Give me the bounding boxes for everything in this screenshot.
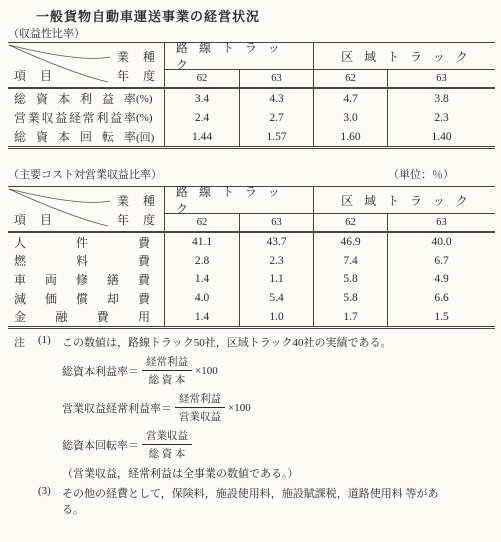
cell-value: 2.8 [165, 252, 240, 271]
year-label: 年度 [117, 67, 155, 84]
cell-value: 2.3 [240, 252, 314, 271]
item-label: 項目 [14, 211, 52, 228]
row-label-unit: (%) [136, 93, 153, 105]
cell-value: 1.44 [165, 127, 240, 146]
year-label: 年度 [117, 211, 155, 228]
cost-table: 業種 年度 項目 路線トラック 区域トラック 62 63 62 63 人件費 4… [8, 186, 495, 329]
cell-value: 1.7 [314, 307, 388, 326]
column-group-route-truck: 路線トラック [165, 187, 314, 214]
cell-value: 4.7 [314, 89, 388, 108]
formula-parenthetical-note: （営業収益，経常利益は全事業の数値である。） [62, 465, 495, 481]
cell-value: 1.4 [165, 307, 240, 326]
cell-value: 2.3 [388, 108, 495, 127]
cell-value: 2.4 [165, 108, 240, 127]
row-label-text: 総資本回転率 [14, 128, 136, 145]
row-label: 総資本利益率(%) [8, 89, 165, 108]
page-title: 一般貨物自動車運送事業の経営状況 [36, 6, 260, 25]
table2-caption: （主要コスト対営業収益比率） [8, 166, 162, 182]
cell-value: 46.9 [314, 233, 388, 252]
row-label: 総資本回転率(回) [8, 127, 165, 146]
formula-total-capital-turnover: 総資本回転率＝ 営業収益 総 資 本 [62, 428, 495, 461]
year-column-header: 63 [240, 70, 314, 89]
cell-value: 1.1 [240, 270, 314, 289]
row-label-unit: (%) [136, 112, 153, 124]
fraction-numerator: 経常利益 [175, 391, 225, 408]
unit-label: （単位：％） [388, 166, 454, 182]
note-text-continuation: る。 [62, 501, 495, 517]
cell-value: 40.0 [388, 233, 495, 252]
row-label-unit: (回) [136, 129, 154, 145]
row-label: 営業収益経常利益率(%) [8, 108, 165, 127]
formula-operating-revenue-profit-ratio: 営業収益経常利益率＝ 経常利益 営業収益 ×100 [62, 391, 495, 424]
formula-multiplier: ×100 [228, 402, 251, 414]
note-number: (1) [38, 334, 62, 350]
row-label-text: 燃料費 [14, 252, 150, 269]
industry-label: 業種 [117, 48, 155, 65]
cell-value: 1.5 [388, 307, 495, 326]
year-column-header: 62 [165, 214, 240, 233]
note-number: (3) [38, 485, 62, 501]
fraction-denominator: 営業収益 [175, 408, 225, 424]
row-label-text: 総資本利益率 [14, 90, 136, 107]
cell-value: 4.0 [165, 289, 240, 308]
cell-value: 3.0 [314, 108, 388, 127]
fraction: 経常利益 総 資 本 [142, 354, 192, 387]
footnote-1: 注 (1) この数値は，路線トラック50社，区域トラック40社の実績である。 [14, 334, 495, 350]
cell-value: 41.1 [165, 233, 240, 252]
cell-value: 7.4 [314, 252, 388, 271]
cell-value: 5.4 [240, 289, 314, 308]
year-column-header: 62 [165, 70, 240, 89]
industry-label: 業種 [117, 192, 155, 209]
row-label-text: 人件費 [14, 234, 150, 251]
cell-value: 4.9 [388, 270, 495, 289]
fraction-denominator: 総 資 本 [142, 371, 192, 387]
note-text: その他の経費として，保険料，施設使用料，施設賦課税，道路使用料 等があ [62, 485, 495, 501]
fraction-denominator: 総 資 本 [142, 445, 192, 461]
row-label: 人件費 [8, 233, 165, 252]
row-label: 減価償却費 [8, 289, 165, 308]
row-label-text: 営業収益経常利益率 [14, 109, 136, 126]
row-label-text: 金融費用 [14, 308, 150, 325]
cell-value: 5.8 [314, 270, 388, 289]
fraction: 営業収益 総 資 本 [142, 428, 192, 461]
note-text: この数値は，路線トラック50社，区域トラック40社の実績である。 [62, 334, 495, 350]
column-group-district-truck: 区域トラック [314, 43, 495, 70]
formula-total-capital-profit-ratio: 総資本利益率＝ 経常利益 総 資 本 ×100 [62, 354, 495, 387]
row-label: 燃料費 [8, 252, 165, 271]
note-marker: 注 [14, 334, 38, 350]
cell-value: 3.4 [165, 89, 240, 108]
fraction: 経常利益 営業収益 [175, 391, 225, 424]
footnotes: 注 (1) この数値は，路線トラック50社，区域トラック40社の実績である。 総… [14, 334, 495, 517]
column-group-district-truck: 区域トラック [314, 187, 495, 214]
formula-lhs: 営業収益経常利益率＝ [62, 400, 172, 416]
row-label: 金融費用 [8, 307, 165, 326]
table-corner-header: 業種 年度 項目 [8, 43, 165, 89]
table-corner-header: 業種 年度 項目 [8, 187, 165, 233]
footnote-3: (3) その他の経費として，保険料，施設使用料，施設賦課税，道路使用料 等があ [14, 485, 495, 501]
cell-value: 43.7 [240, 233, 314, 252]
year-column-header: 63 [388, 214, 495, 233]
row-label-text: 減価償却費 [14, 290, 150, 307]
formula-multiplier: ×100 [195, 365, 218, 377]
formula-lhs: 総資本回転率＝ [62, 437, 139, 453]
cell-value: 1.0 [240, 307, 314, 326]
scanned-document-page: 一般貨物自動車運送事業の経営状況 （収益性比率） 業種 年度 項目 路線トラック… [0, 0, 501, 542]
cell-value: 1.57 [240, 127, 314, 146]
cell-value: 2.7 [240, 108, 314, 127]
column-group-route-truck: 路線トラック [165, 43, 314, 70]
table1-caption: （収益性比率） [8, 25, 85, 41]
row-label: 車両修繕費 [8, 270, 165, 289]
item-label: 項目 [14, 67, 52, 84]
cell-value: 1.4 [165, 270, 240, 289]
cell-value: 3.8 [388, 89, 495, 108]
profitability-table: 業種 年度 項目 路線トラック 区域トラック 62 63 62 63 総資本利益… [8, 42, 495, 149]
cell-value: 6.6 [388, 289, 495, 308]
fraction-numerator: 営業収益 [142, 428, 192, 445]
cell-value: 5.8 [314, 289, 388, 308]
fraction-numerator: 経常利益 [142, 354, 192, 371]
cell-value: 1.60 [314, 127, 388, 146]
year-column-header: 62 [314, 214, 388, 233]
row-label-text: 車両修繕費 [14, 271, 150, 288]
cell-value: 1.40 [388, 127, 495, 146]
formula-lhs: 総資本利益率＝ [62, 363, 139, 379]
year-column-header: 62 [314, 70, 388, 89]
note-marker-spacer [14, 485, 38, 501]
cell-value: 6.7 [388, 252, 495, 271]
cell-value: 4.3 [240, 89, 314, 108]
year-column-header: 63 [240, 214, 314, 233]
year-column-header: 63 [388, 70, 495, 89]
